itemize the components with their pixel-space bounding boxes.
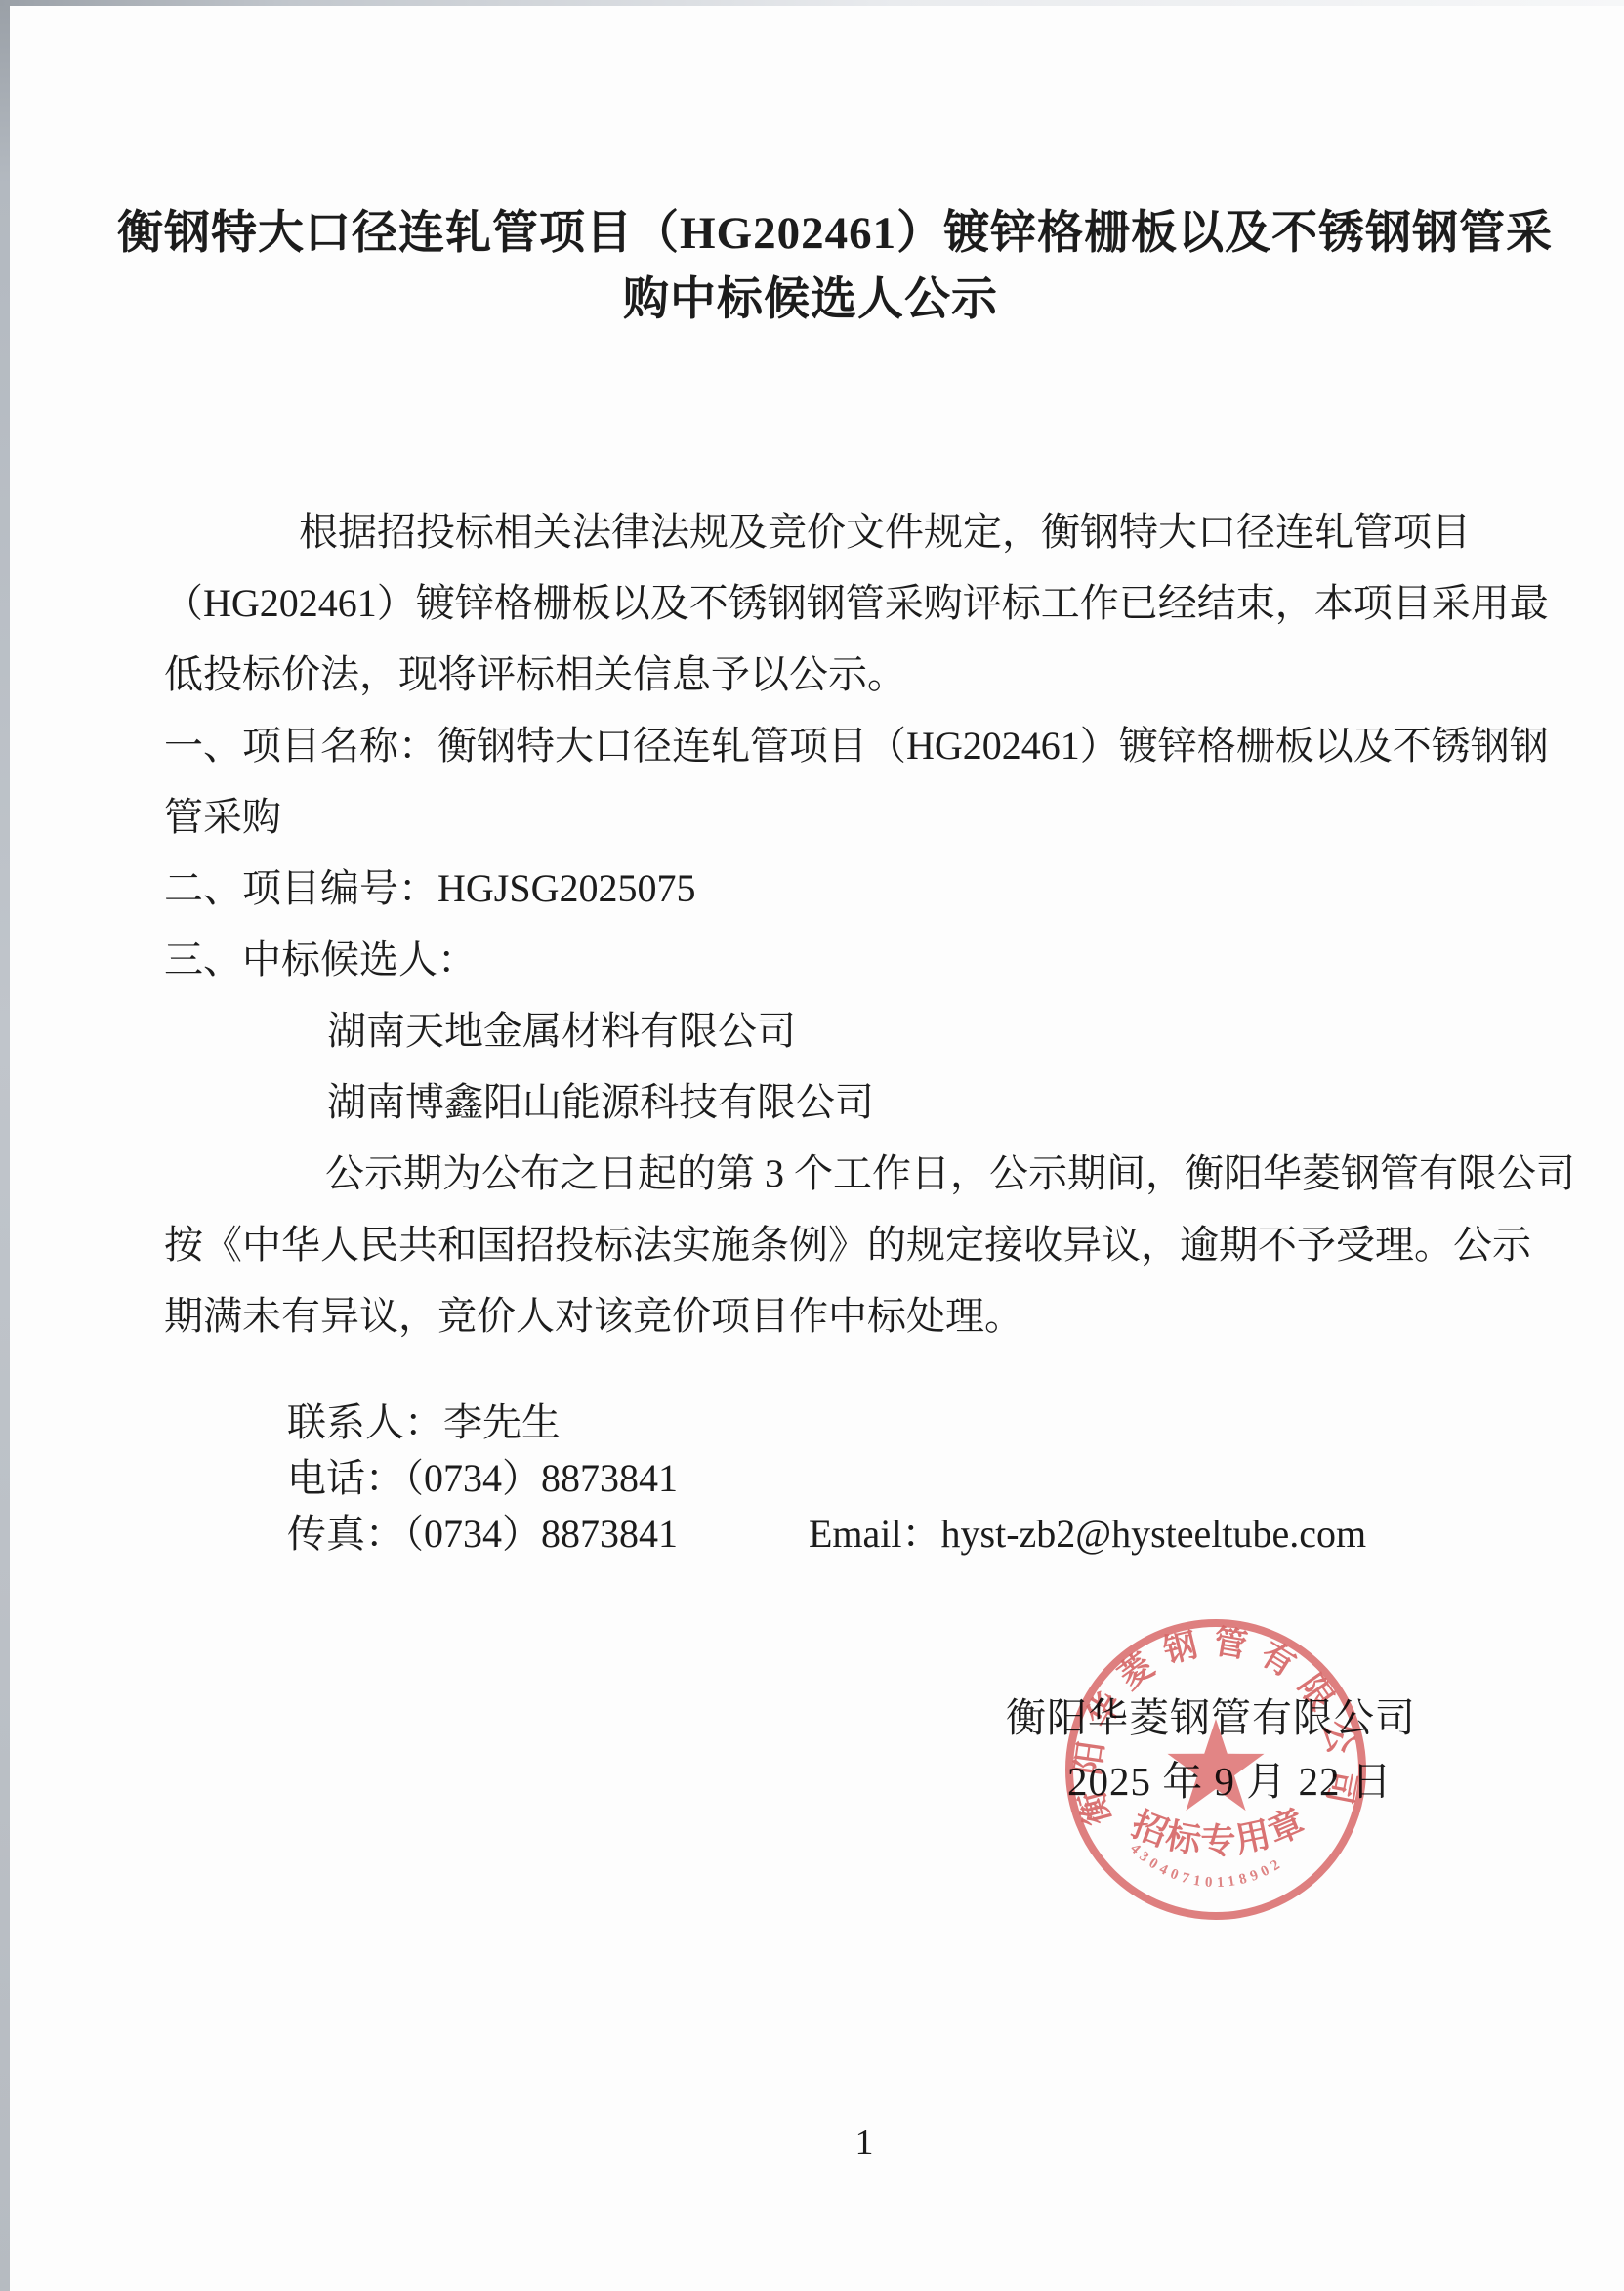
title-line-2: 购中标候选人公示 <box>117 267 1504 333</box>
svg-text:招标专用章: 招标专用章 <box>1127 1801 1312 1861</box>
contact-fax: 传真：（0734）8873841 <box>287 1512 678 1556</box>
candidate-name: 湖南天地金属材料有限公司 <box>164 995 1512 1066</box>
seal-label-text: 招标专用章 <box>1127 1801 1312 1861</box>
item-candidates-heading: 三、中标候选人： <box>164 924 1512 995</box>
intro-line: 低投标价法，现将评标相关信息予以公示。 <box>164 639 1512 710</box>
candidate-name: 湖南博鑫阳山能源科技有限公司 <box>164 1066 1512 1138</box>
closing-line: 按《中华人民共和国招投标法实施条例》的规定接收异议，逾期不予受理。公示 <box>164 1209 1512 1280</box>
contact-email: Email：hyst-zb2@hysteeltube.com <box>809 1506 1366 1562</box>
intro-line: （HG202461）镀锌格栅板以及不锈钢钢管采购评标工作已经结束，本项目采用最 <box>164 567 1512 639</box>
contact-block: 联系人：李先生 电话：（0734）8873841 传真：（0734）887384… <box>164 1395 1512 1562</box>
scan-edge-top <box>0 0 1624 6</box>
document-body: 根据招投标相关法律法规及竞价文件规定，衡钢特大口径连轧管项目 （HG202461… <box>164 496 1512 1562</box>
item-project-name: 管采购 <box>164 781 1512 853</box>
contact-fax-row: 传真：（0734）8873841 Email：hyst-zb2@hysteelt… <box>287 1506 1512 1562</box>
scan-edge-left <box>0 0 10 2291</box>
item-project-name: 一、项目名称：衡钢特大口径连轧管项目（HG202461）镀锌格栅板以及不锈钢钢 <box>164 710 1512 781</box>
contact-person: 联系人：李先生 <box>287 1395 1512 1450</box>
closing-line: 公示期为公布之日起的第 3 个工作日，公示期间，衡阳华菱钢管有限公司 <box>164 1138 1512 1209</box>
document-page: 衡钢特大口径连轧管项目（HG202461）镀锌格栅板以及不锈钢钢管采 购中标候选… <box>0 0 1624 2291</box>
star-icon <box>1168 1719 1265 1811</box>
title-line-1: 衡钢特大口径连轧管项目（HG202461）镀锌格栅板以及不锈钢钢管采 <box>117 200 1504 267</box>
document-title: 衡钢特大口径连轧管项目（HG202461）镀锌格栅板以及不锈钢钢管采 购中标候选… <box>117 200 1504 333</box>
item-project-number: 二、项目编号：HGJSG2025075 <box>164 853 1512 924</box>
page-number: 1 <box>0 2121 1624 2164</box>
closing-line: 期满未有异议，竞价人对该竞价项目作中标处理。 <box>164 1280 1512 1352</box>
company-seal-stamp: 衡阳华菱钢管有限公司 招标专用章 43040710118902 <box>1060 1613 1372 1926</box>
contact-phone: 电话：（0734）8873841 <box>287 1450 1512 1506</box>
intro-line: 根据招投标相关法律法规及竞价文件规定，衡钢特大口径连轧管项目 <box>164 496 1512 567</box>
